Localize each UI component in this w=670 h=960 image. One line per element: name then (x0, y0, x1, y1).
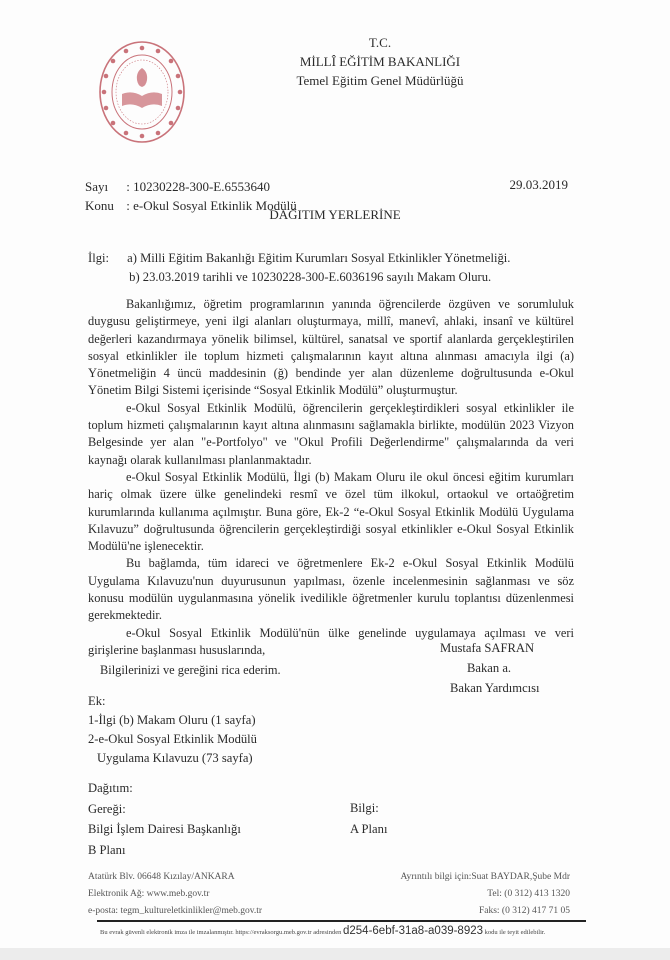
ilgi-item: b) 23.03.2019 tarihli ve 10230228-300-E.… (127, 268, 510, 287)
paragraph: Bu bağlamda, tüm idareci ve öğretmenlere… (88, 555, 574, 624)
footer-address: Atatürk Blv. 06648 Kızılay/ANKARA Elektr… (88, 869, 262, 920)
ilgi-label: İlgi: (88, 249, 124, 268)
gereği-item: Bilgi İşlem Dairesi Başkanlığı (88, 819, 241, 840)
document-date: 29.03.2019 (510, 177, 569, 193)
letter-body: Bakanlığımız, öğretim programlarının yan… (88, 296, 574, 680)
distribution-bilgi: Bilgi: A Planı (350, 798, 387, 839)
addressee: DAĞITIM YERLERİNE (0, 207, 670, 223)
ilgi-block: İlgi: a) Milli Eğitim Bakanlığı Eğitim K… (88, 249, 510, 286)
header-directorate: Temel Eğitim Genel Müdürlüğü (230, 71, 530, 90)
ilgi-item: a) Milli Eğitim Bakanlığı Eğitim Kurumla… (127, 249, 510, 268)
distribution-label: Dağıtım: (88, 778, 241, 799)
attachment-item: 2-e-Okul Sosyal Etkinlik Modülü (88, 730, 257, 749)
distribution: Dağıtım: Gereği: Bilgi İşlem Dairesi Baş… (88, 778, 241, 860)
website: Elektronik Ağ: www.meb.gov.tr (88, 886, 262, 903)
verify-prefix: Bu evrak güvenli elektronik imza ile imz… (100, 929, 341, 936)
address: Atatürk Blv. 06648 Kızılay/ANKARA (88, 869, 262, 886)
verify-code: d254-6ebf-31a8-a039-8923 (343, 925, 483, 937)
paragraph: Bakanlığımız, öğretim programlarının yan… (88, 296, 574, 400)
gereği-label: Gereği: (88, 799, 241, 820)
verify-suffix: kodu ile teyit edilebilir. (485, 929, 546, 936)
telephone: Tel: (0 312) 413 1320 (400, 886, 570, 903)
bilgi-label: Bilgi: (350, 798, 387, 819)
paragraph: e-Okul Sosyal Etkinlik Modülü, İlgi (b) … (88, 469, 574, 555)
attachments: Ek: 1-İlgi (b) Makam Oluru (1 sayfa) 2-e… (88, 692, 257, 768)
attachments-label: Ek: (88, 692, 257, 711)
verification-line: Bu evrak güvenli elektronik imza ile imz… (100, 925, 545, 937)
gereği-item: B Planı (88, 840, 241, 861)
signer-name: Mustafa SAFRAN (440, 638, 540, 658)
document-page: T.C. MİLLÎ EĞİTİM BAKANLIĞI Temel Eğitim… (0, 0, 670, 948)
footer-divider (97, 920, 586, 922)
signer-position: Bakan Yardımcısı (440, 678, 540, 698)
attachment-item: 1-İlgi (b) Makam Oluru (1 sayfa) (88, 711, 257, 730)
bilgi-item: A Planı (350, 819, 387, 840)
attachment-item: Uygulama Kılavuzu (73 sayfa) (88, 749, 257, 768)
footer-contact: Ayrıntılı bilgi için:Suat BAYDAR,Şube Md… (400, 869, 570, 920)
sayi-label: Sayı (85, 177, 123, 196)
header-ministry: MİLLÎ EĞİTİM BAKANLIĞI (230, 52, 530, 71)
signature-block: Mustafa SAFRAN Bakan a. Bakan Yardımcısı (440, 638, 540, 698)
email: e-posta: tegm_kultureletkinlikler@meb.go… (88, 903, 262, 920)
paragraph: e-Okul Sosyal Etkinlik Modülü, öğrencile… (88, 400, 574, 469)
header-tc: T.C. (230, 33, 530, 52)
fax: Faks: (0 312) 417 71 05 (400, 903, 570, 920)
contact-person: Ayrıntılı bilgi için:Suat BAYDAR,Şube Md… (400, 869, 570, 886)
sayi-value: : 10230228-300-E.6553640 (126, 179, 270, 194)
signer-title: Bakan a. (440, 658, 540, 678)
meb-emblem-icon (98, 38, 186, 146)
sayi-row: Sayı : 10230228-300-E.6553640 (85, 177, 270, 196)
